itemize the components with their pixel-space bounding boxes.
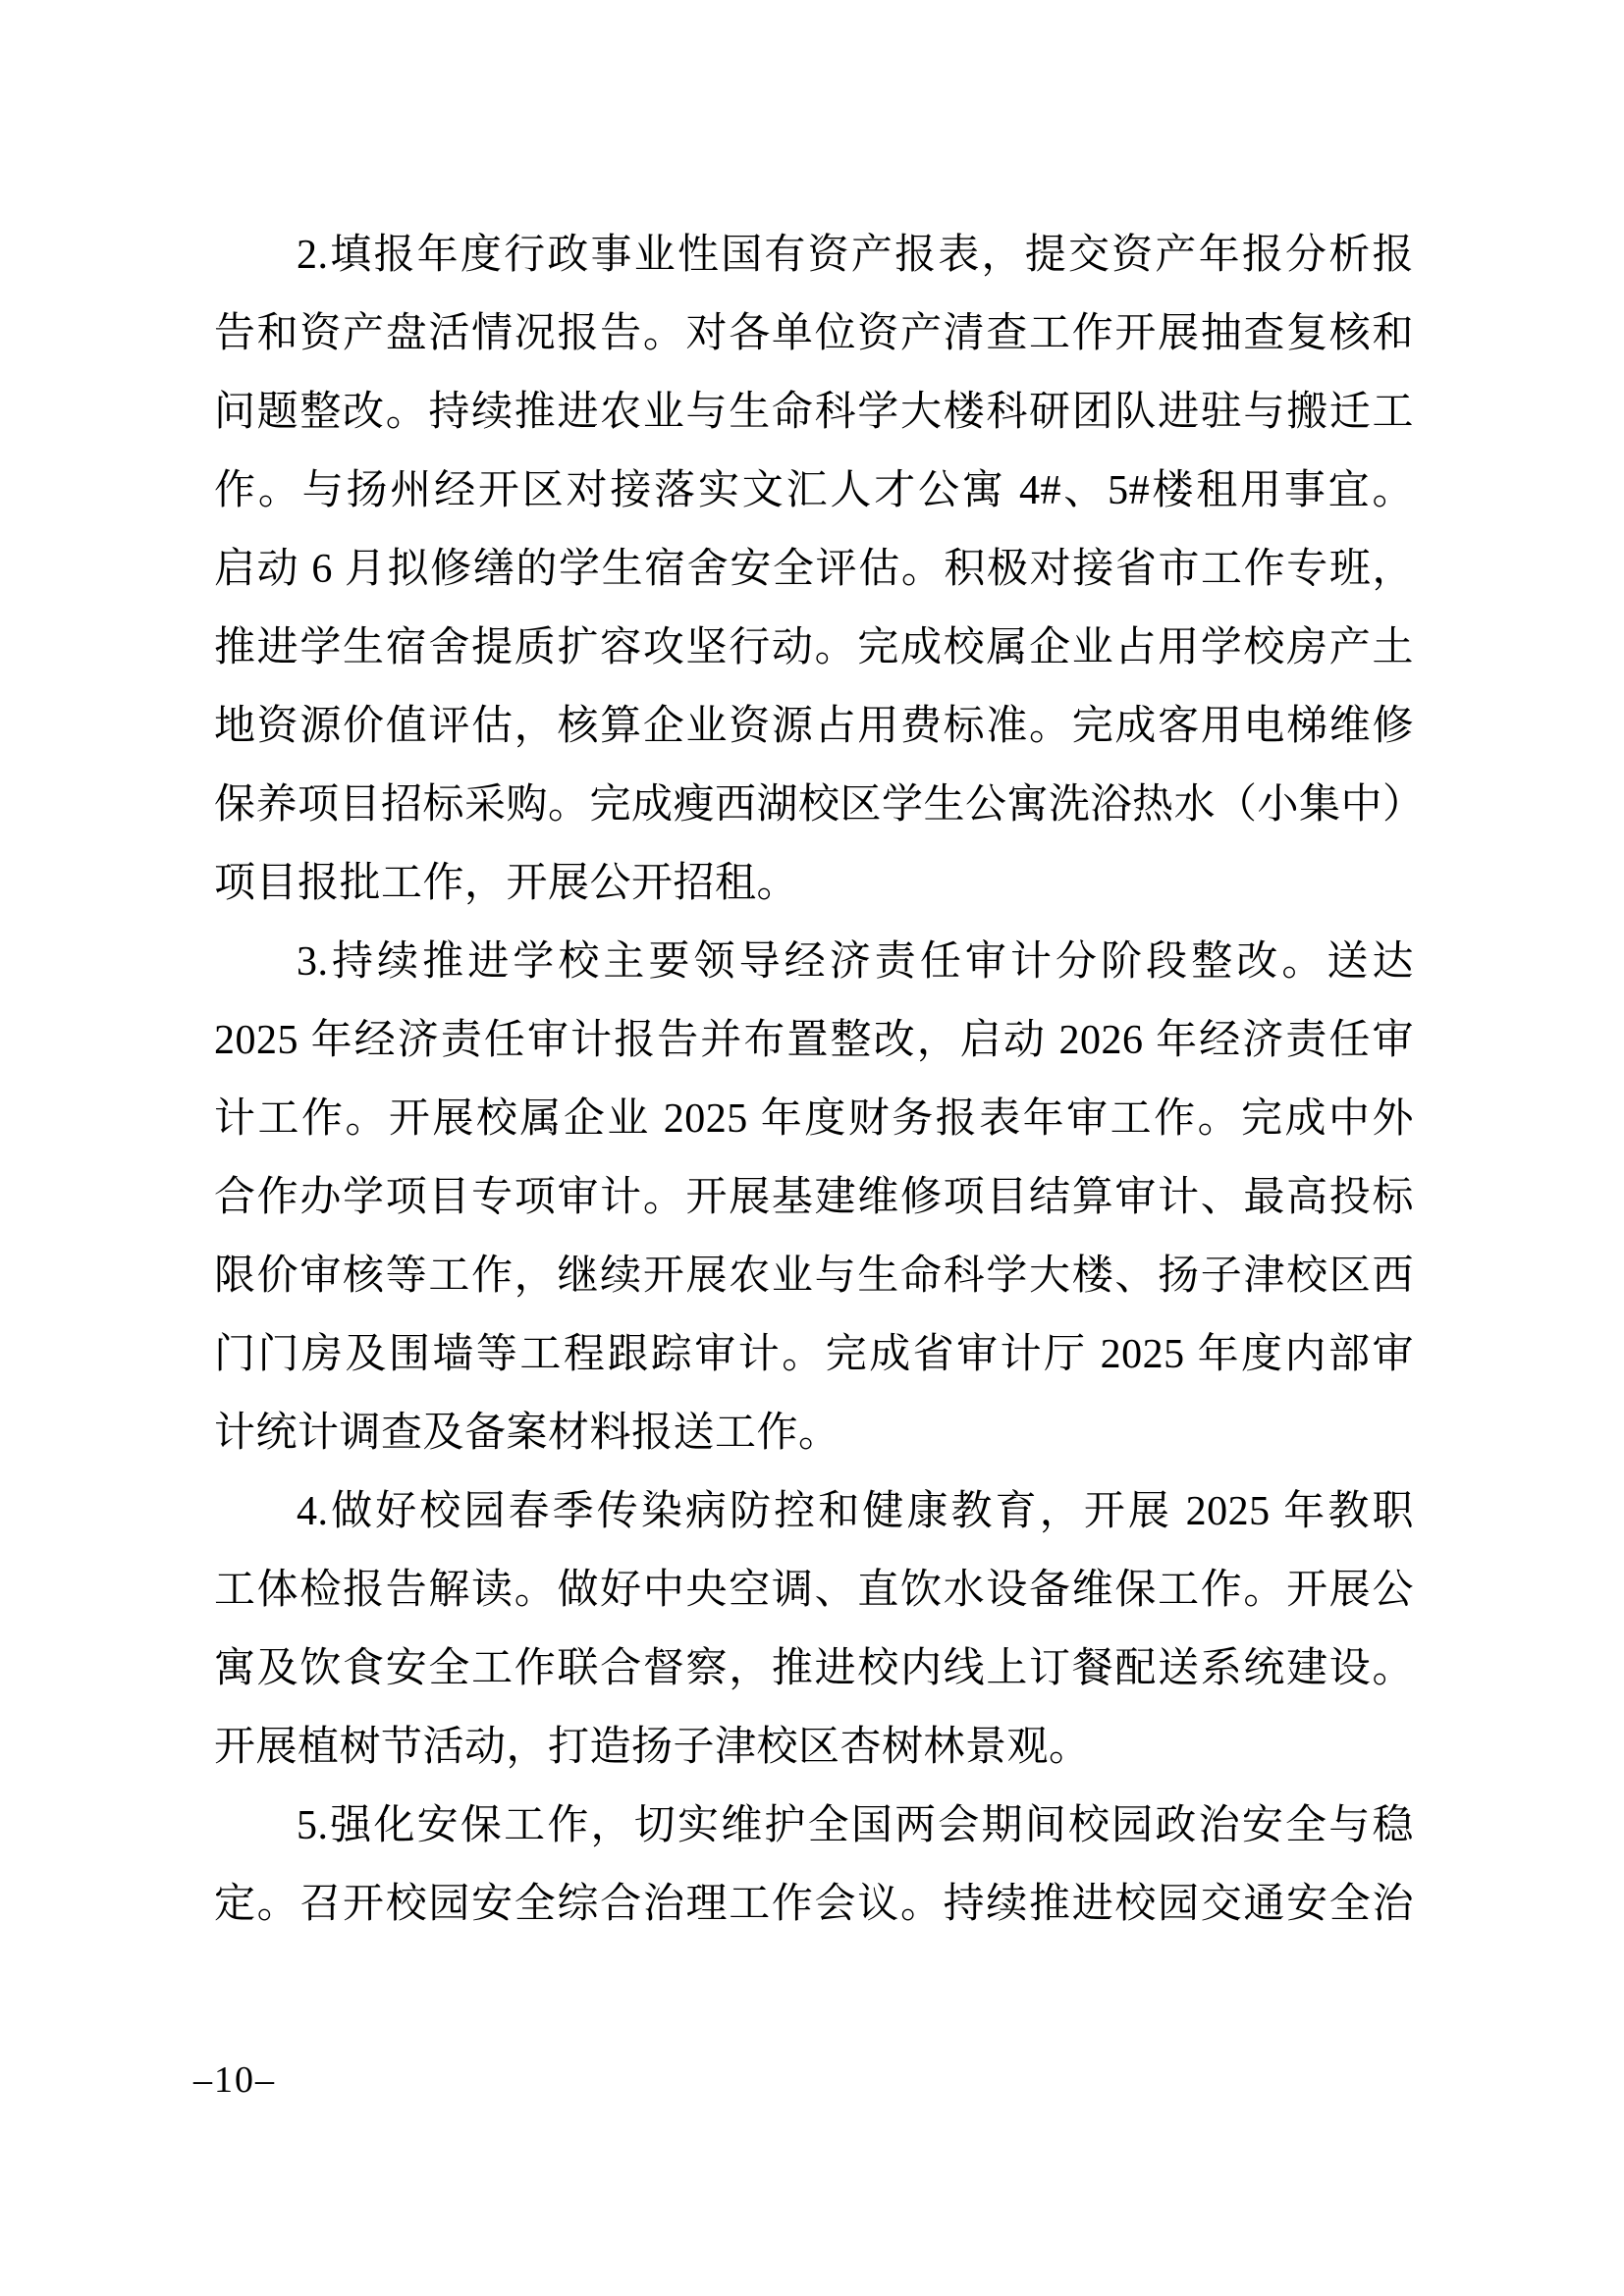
- text-line-p3-4: 合作办学项目专项审计。开展基建维修项目结算审计、最高投标: [214, 1158, 1414, 1237]
- document-page: 2.填报年度行政事业性国有资产报表，提交资产年报分析报告和资产盘活情况报告。对各…: [0, 0, 1624, 2296]
- text-line-p2-5: 启动 6 月拟修缮的学生宿舍安全评估。积极对接省市工作专班，: [214, 530, 1414, 609]
- text-line-p3-6: 门门房及围墙等工程跟踪审计。完成省审计厅 2025 年度内部审: [214, 1315, 1414, 1394]
- text-line-p2-8: 保养项目招标采购。完成瘦西湖校区学生公寓洗浴热水（小集中）: [214, 766, 1414, 844]
- text-line-p3-5: 限价审核等工作，继续开展农业与生命科学大楼、扬子津校区西: [214, 1237, 1414, 1315]
- document-body: 2.填报年度行政事业性国有资产报表，提交资产年报分析报告和资产盘活情况报告。对各…: [214, 216, 1414, 1944]
- text-line-p5-2: 定。召开校园安全综合治理工作会议。持续推进校园交通安全治: [214, 1865, 1414, 1944]
- text-line-p2-1: 2.填报年度行政事业性国有资产报表，提交资产年报分析报: [214, 216, 1414, 294]
- text-line-p3-2: 2025 年经济责任审计报告并布置整改，启动 2026 年经济责任审: [214, 1001, 1414, 1080]
- text-line-p2-7: 地资源价值评估，核算企业资源占用费标准。完成客用电梯维修: [214, 687, 1414, 766]
- text-line-p2-3: 问题整改。持续推进农业与生命科学大楼科研团队进驻与搬迁工: [214, 373, 1414, 452]
- text-line-p2-2: 告和资产盘活情况报告。对各单位资产清查工作开展抽查复核和: [214, 294, 1414, 373]
- text-line-p4-3: 寓及饮食安全工作联合督察，推进校内线上订餐配送系统建设。: [214, 1629, 1414, 1708]
- text-line-p2-4: 作。与扬州经开区对接落实文汇人才公寓 4#、5#楼租用事宜。: [214, 452, 1414, 530]
- text-line-p4-1: 4.做好校园春季传染病防控和健康教育，开展 2025 年教职: [214, 1472, 1414, 1551]
- text-line-p4-4: 开展植树节活动，打造扬子津校区杏树林景观。: [214, 1708, 1414, 1787]
- text-line-p3-3: 计工作。开展校属企业 2025 年度财务报表年审工作。完成中外: [214, 1080, 1414, 1158]
- page-number: –10–: [193, 2057, 276, 2103]
- text-line-p3-7: 计统计调查及备案材料报送工作。: [214, 1394, 1414, 1472]
- text-line-p5-1: 5.强化安保工作，切实维护全国两会期间校园政治安全与稳: [214, 1787, 1414, 1865]
- text-line-p3-1: 3.持续推进学校主要领导经济责任审计分阶段整改。送达: [214, 923, 1414, 1001]
- text-line-p2-9: 项目报批工作，开展公开招租。: [214, 844, 1414, 923]
- text-line-p4-2: 工体检报告解读。做好中央空调、直饮水设备维保工作。开展公: [214, 1551, 1414, 1629]
- text-line-p2-6: 推进学生宿舍提质扩容攻坚行动。完成校属企业占用学校房产土: [214, 609, 1414, 687]
